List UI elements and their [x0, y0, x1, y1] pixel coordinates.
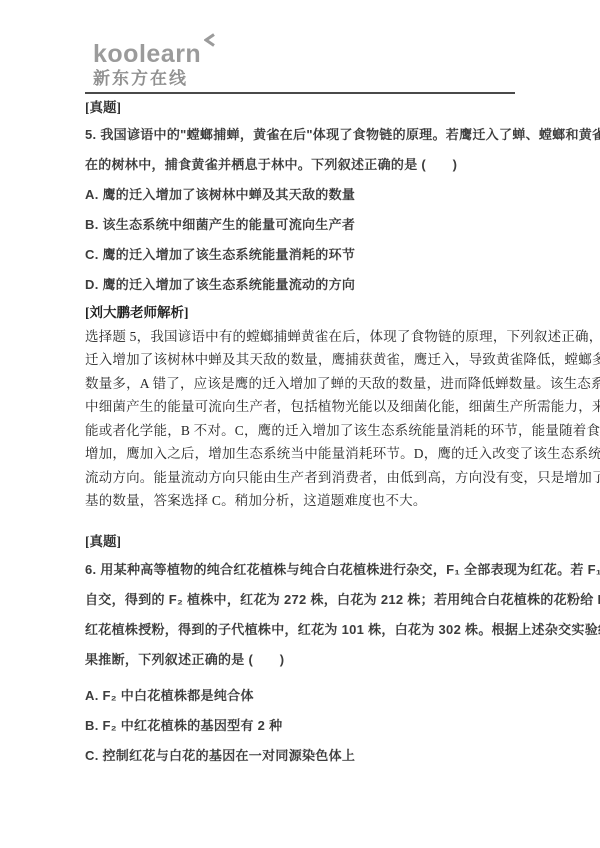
- q6-stem-line: 果推断，下列叙述正确的是 ( ): [85, 645, 515, 675]
- analysis-label: [刘大鹏老师解析]: [85, 301, 515, 325]
- analysis-line: 选择题 5，我国谚语中有的螳螂捕蝉黄雀在后，体现了食物链的原理，下列叙述正确，鹰…: [85, 325, 515, 349]
- logo-wordmark: koolearn: [93, 40, 201, 68]
- logo-wordmark-row: koolearn: [93, 40, 201, 68]
- analysis-line: 基的数量，答案选择 C。稍加分析，这道题难度也不大。: [85, 489, 515, 513]
- document-page: koolearn 新东方在线 [真题] 5. 我国谚语中的"螳螂捕蝉，黄雀在后"…: [0, 0, 600, 848]
- chevron-left-icon: [204, 33, 215, 47]
- q6-stem-line: 自交，得到的 F₂ 植株中，红花为 272 株，白花为 212 株；若用纯合白花…: [85, 585, 515, 615]
- q5-option-d: D. 鹰的迁入增加了该生态系统能量流动的方向: [85, 270, 515, 300]
- q5-stem-line: 在的树林中，捕食黄雀并栖息于林中。下列叙述正确的是 ( ): [85, 150, 515, 180]
- q6-option-a: A. F₂ 中白花植株都是纯合体: [85, 681, 515, 711]
- analysis-line: 数量多，A 错了，应该是鹰的迁入增加了蝉的天敌的数量，进而降低蝉数量。该生态系统…: [85, 372, 515, 396]
- q5-option-a: A. 鹰的迁入增加了该树林中蝉及其天敌的数量: [85, 180, 515, 210]
- q6-stem-line: 红花植株授粉，得到的子代植株中，红花为 101 株，白花为 302 株。根据上述…: [85, 615, 515, 645]
- q6-stem-line: 6. 用某种高等植物的纯合红花植株与纯合白花植株进行杂交，F₁ 全部表现为红花。…: [85, 555, 515, 585]
- analysis-line: 增加，鹰加入之后，增加生态系统当中能量消耗环节。D，鹰的迁入改变了该生态系统能量: [85, 442, 515, 466]
- q5-source-tag: [真题]: [85, 99, 515, 117]
- koolearn-logo: koolearn 新东方在线: [85, 40, 515, 90]
- q6-option-c: C. 控制红花与白花的基因在一对同源染色体上: [85, 741, 515, 771]
- header-divider: [85, 92, 515, 94]
- q6-options: A. F₂ 中白花植株都是纯合体 B. F₂ 中红花植株的基因型有 2 种 C.…: [85, 681, 515, 771]
- analysis-line: 迁入增加了该树林中蝉及其天敌的数量，鹰捕获黄雀，鹰迁入，导致黄雀降低，螳螂多，蝉: [85, 348, 515, 372]
- logo-subtitle: 新东方在线: [93, 68, 515, 90]
- q6-source-tag: [真题]: [85, 533, 515, 551]
- q5-stem-line: 5. 我国谚语中的"螳螂捕蝉，黄雀在后"体现了食物链的原理。若鹰迁入了蝉、螳螂和…: [85, 120, 515, 150]
- q6-option-b: B. F₂ 中红花植株的基因型有 2 种: [85, 711, 515, 741]
- q5-option-c: C. 鹰的迁入增加了该生态系统能量消耗的环节: [85, 240, 515, 270]
- analysis-line: 中细菌产生的能量可流向生产者，包括植物光能以及细菌化能，细菌生产所需能力，来自光: [85, 395, 515, 419]
- q6-block: 6. 用某种高等植物的纯合红花植株与纯合白花植株进行杂交，F₁ 全部表现为红花。…: [85, 555, 515, 675]
- analysis-line: 能或者化学能，B 不对。C，鹰的迁入增加了该生态系统能量消耗的环节，能量随着食物…: [85, 419, 515, 443]
- q5-analysis: [刘大鹏老师解析] 选择题 5，我国谚语中有的螳螂捕蝉黄雀在后，体现了食物链的原…: [85, 301, 515, 513]
- q5-option-b: B. 该生态系统中细菌产生的能量可流向生产者: [85, 210, 515, 240]
- analysis-line: 流动方向。能量流动方向只能由生产者到消费者，由低到高，方向没有变，只是增加了营养: [85, 466, 515, 490]
- q5-block: 5. 我国谚语中的"螳螂捕蝉，黄雀在后"体现了食物链的原理。若鹰迁入了蝉、螳螂和…: [85, 120, 515, 300]
